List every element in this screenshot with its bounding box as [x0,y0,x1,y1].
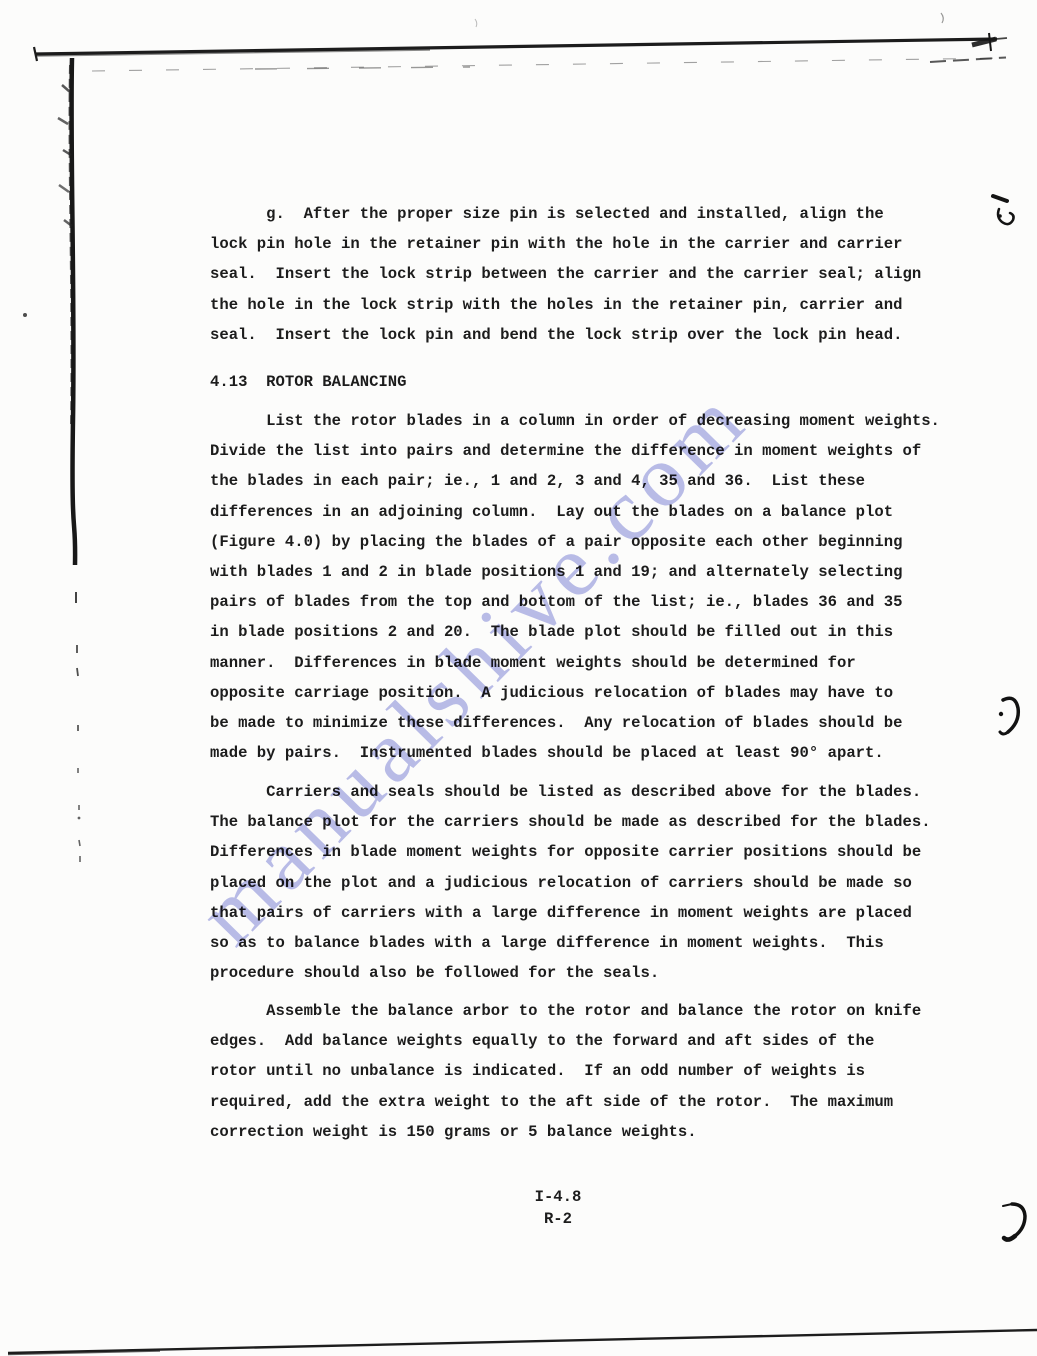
text-line: seal. Insert the lock pin and bend the l… [210,320,970,350]
ink-scribble-mark [982,188,1032,238]
text-line: opposite carriage position. A judicious … [210,678,970,708]
text-line: procedure should also be followed for th… [210,958,970,988]
scanned-page: g. After the proper size pin is selected… [0,0,1037,1356]
page-bottom-edge-line [0,1316,1037,1356]
footer: I-4.8 R-2 [493,1186,623,1230]
section-heading: 4.13 ROTOR BALANCING [210,367,970,397]
text-line: the hole in the lock strip with the hole… [210,290,970,320]
footer-page-number: I-4.8 [493,1186,623,1208]
text-line: in blade positions 2 and 20. The blade p… [210,617,970,647]
text-line: rotor until no unbalance is indicated. I… [210,1056,970,1086]
footer-revision: R-2 [493,1208,623,1230]
text-line: so as to balance blades with a large dif… [210,928,970,958]
text-line: List the rotor blades in a column in ord… [210,406,970,436]
text-line: seal. Insert the lock strip between the … [210,259,970,289]
ink-curl-mark [998,1198,1037,1253]
text-line: edges. Add balance weights equally to th… [210,1026,970,1056]
text-line: g. After the proper size pin is selected… [210,199,970,229]
text-line: Divide the list into pairs and determine… [210,436,970,466]
text-line: that pairs of carriers with a large diff… [210,898,970,928]
text-line: required, add the extra weight to the af… [210,1087,970,1117]
paragraph-balance-arbor: Assemble the balance arbor to the rotor … [210,996,970,1147]
page-top-edge-line [0,0,1037,92]
text-line: be made to minimize these differences. A… [210,708,970,738]
text-line: lock pin hole in the retainer pin with t… [210,229,970,259]
text-line: manner. Differences in blade moment weig… [210,648,970,678]
paragraph-lock-pin: g. After the proper size pin is selected… [210,199,970,350]
text-line: correction weight is 150 grams or 5 bala… [210,1117,970,1147]
ink-curl-mark [995,692,1037,747]
text-line: Assemble the balance arbor to the rotor … [210,996,970,1026]
binding-edge [0,40,110,1000]
